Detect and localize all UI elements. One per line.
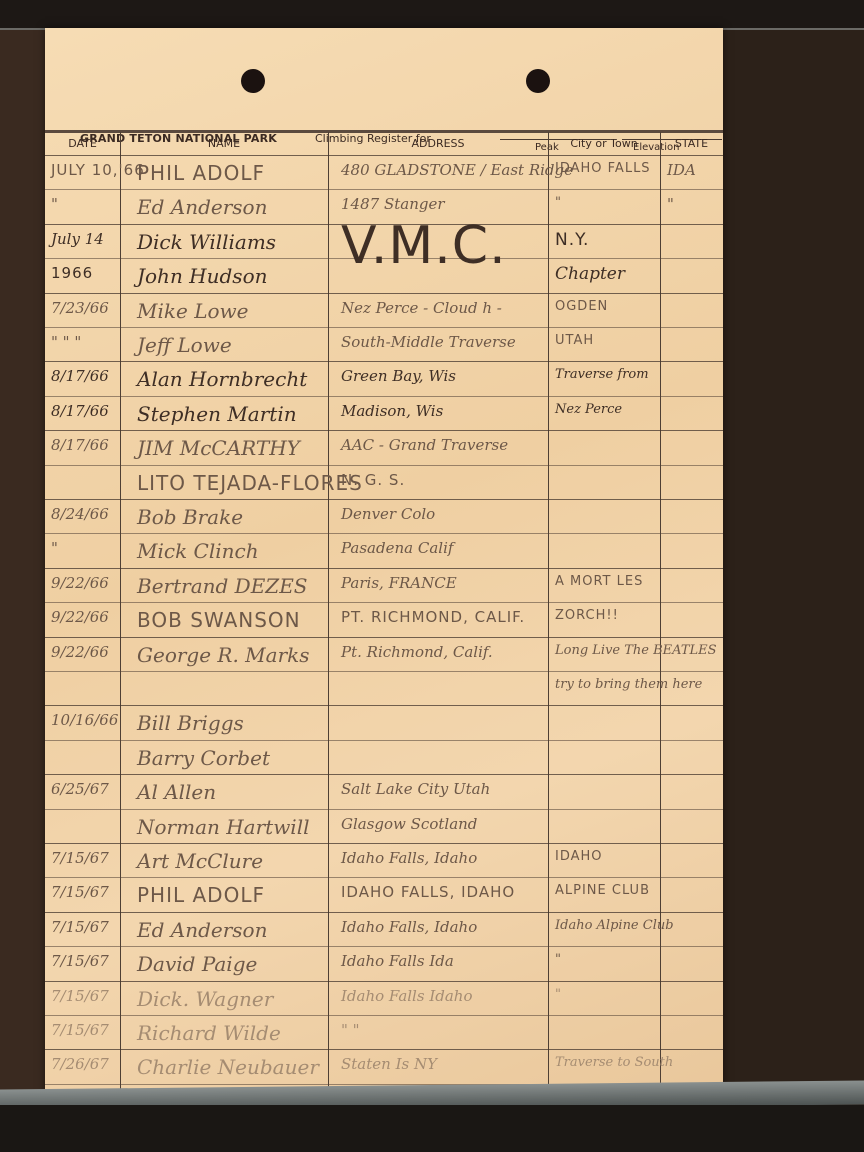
entry-city: try to bring them here <box>555 677 702 692</box>
entry-name: Alan Hornbrecht <box>137 367 307 391</box>
entry-address: Madison, Wis <box>341 402 443 420</box>
entry-date: 7/15/67 <box>51 987 109 1005</box>
entry-date: 1966 <box>51 264 93 282</box>
background-right <box>719 30 864 1110</box>
entry-city: A MORT LES <box>555 574 643 589</box>
row-rule <box>45 361 723 362</box>
entry-date: 7/15/67 <box>51 1021 109 1039</box>
entry-date: 9/22/66 <box>51 608 109 626</box>
entry-name: Art McClure <box>137 849 263 873</box>
entry-date: 7/26/67 <box>51 1055 109 1073</box>
entry-city: " <box>555 195 561 210</box>
table-top-rule <box>45 130 723 133</box>
entry-city: " <box>555 952 561 967</box>
entry-name: Ed Anderson <box>137 195 267 219</box>
column-divider <box>120 132 121 1106</box>
background-left <box>0 30 50 1110</box>
entry-name: George R. Marks <box>137 643 310 667</box>
entry-city: Traverse to South <box>555 1055 673 1070</box>
row-rule <box>45 155 723 156</box>
entry-name: PHIL ADOLF <box>137 883 265 907</box>
entry-name: Barry Corbet <box>137 746 270 770</box>
row-rule <box>45 912 723 913</box>
entry-name: Mick Clinch <box>137 539 259 563</box>
entry-name: LITO TEJADA-FLORES <box>137 471 363 495</box>
entry-address: Glasgow Scotland <box>341 815 477 833</box>
entry-city: ZORCH!! <box>555 608 619 623</box>
entry-date: 7/15/67 <box>51 883 109 901</box>
entry-address: Green Bay, Wis <box>341 367 456 385</box>
background-top <box>0 0 864 30</box>
entry-date: 7/15/67 <box>51 918 109 936</box>
entry-name: PHIL ADOLF <box>137 161 265 185</box>
entry-address: IDAHO FALLS, IDAHO <box>341 883 515 901</box>
entry-name: Jeff Lowe <box>137 333 232 357</box>
row-rule <box>45 740 723 741</box>
row-rule <box>45 671 723 672</box>
entry-address: Salt Lake City Utah <box>341 780 490 798</box>
entry-date: 8/24/66 <box>51 505 109 523</box>
column-divider <box>548 132 549 1106</box>
row-rule <box>45 877 723 878</box>
entry-date: JULY 10,'66 <box>51 161 145 179</box>
entry-city: IDAHO <box>555 849 603 864</box>
row-rule <box>45 568 723 569</box>
entry-name: Richard Wilde <box>137 1021 281 1045</box>
climbing-register-sheet: GRAND TETON NATIONAL PARK Climbing Regis… <box>45 28 723 1106</box>
entry-date: " <box>51 195 58 213</box>
entry-name: Dick. Wagner <box>137 987 273 1011</box>
entry-date: 9/22/66 <box>51 643 109 661</box>
row-rule <box>45 705 723 706</box>
entry-city: Nez Perce <box>555 402 622 417</box>
entry-address: Idaho Falls, Idaho <box>341 918 477 936</box>
entry-address: 480 GLADSTONE / East Ridge <box>341 161 573 179</box>
entry-name: BOB SWANSON <box>137 608 301 632</box>
entry-address: Staten Is NY <box>341 1055 437 1073</box>
entry-city: UTAH <box>555 333 594 348</box>
entry-address: Paris, FRANCE <box>341 574 457 592</box>
entry-name: Bob Brake <box>137 505 243 529</box>
entry-address: AAC - Grand Traverse <box>341 436 508 454</box>
entry-address: Idaho Falls Ida <box>341 952 454 970</box>
entry-address: PT. RICHMOND, CALIF. <box>341 608 525 626</box>
row-rule <box>45 293 723 294</box>
entry-date: 8/17/66 <box>51 402 109 420</box>
entry-address: Pt. Richmond, Calif. <box>341 643 493 661</box>
row-rule <box>45 1049 723 1050</box>
row-rule <box>45 533 723 534</box>
entry-name: David Paige <box>137 952 257 976</box>
entry-date: 6/25/67 <box>51 780 109 798</box>
entry-date: 8/17/66 <box>51 436 109 454</box>
entry-date: " <box>51 539 58 557</box>
entry-name: Charlie Neubauer <box>137 1055 319 1079</box>
entry-address: Nez Perce - Cloud h - <box>341 299 502 317</box>
entry-name: Dick Williams <box>137 230 276 254</box>
entry-address: N. G. S. <box>341 471 405 489</box>
row-rule <box>45 327 723 328</box>
entry-date: " " " <box>51 333 81 351</box>
entry-name: Ed Anderson <box>137 918 267 942</box>
row-rule <box>45 1015 723 1016</box>
row-rule <box>45 465 723 466</box>
entry-city: Chapter <box>555 264 625 284</box>
row-rule <box>45 189 723 190</box>
entry-city: IDAHO FALLS <box>555 161 651 176</box>
entry-address: 1487 Stanger <box>341 195 445 213</box>
column-header-state: STATE <box>660 137 723 150</box>
row-rule <box>45 602 723 603</box>
entry-name: Al Allen <box>137 780 216 804</box>
entry-name: Bertrand DEZES <box>137 574 308 598</box>
entry-date: 7/23/66 <box>51 299 109 317</box>
entry-city: ALPINE CLUB <box>555 883 650 898</box>
entry-name: JIM McCARTHY <box>137 436 300 460</box>
row-rule <box>45 809 723 810</box>
entry-city: N.Y. <box>555 230 589 250</box>
entry-address: Idaho Falls, Idaho <box>341 849 477 867</box>
entry-date: 9/22/66 <box>51 574 109 592</box>
row-rule <box>45 843 723 844</box>
column-header-date: DATE <box>45 137 120 150</box>
background-bottom <box>0 1105 864 1152</box>
entry-city: Idaho Alpine Club <box>555 918 674 933</box>
row-rule <box>45 946 723 947</box>
column-divider <box>660 132 661 1106</box>
entry-address: Idaho Falls Idaho <box>341 987 472 1005</box>
entry-name: Bill Briggs <box>137 711 244 735</box>
entry-state: IDA <box>667 161 696 179</box>
column-header-city: City or Town <box>548 137 660 150</box>
punch-hole <box>241 69 265 93</box>
entry-city: " <box>555 987 561 1002</box>
entry-date: 8/17/66 <box>51 367 109 385</box>
entry-name: Mike Lowe <box>137 299 248 323</box>
entry-address: V.M.C. <box>341 216 507 276</box>
row-rule <box>45 637 723 638</box>
entry-name: John Hudson <box>137 264 268 288</box>
entry-state: " <box>667 195 674 213</box>
entry-city: Traverse from <box>555 367 649 382</box>
punch-hole <box>526 69 550 93</box>
entry-date: July 14 <box>51 230 104 248</box>
entry-date: 10/16/66 <box>51 711 118 729</box>
row-rule <box>45 774 723 775</box>
entry-city: Long Live The BEATLES <box>555 643 717 658</box>
column-header-name: NAME <box>120 137 328 150</box>
entry-address: " " <box>341 1021 360 1039</box>
column-divider <box>328 132 329 1106</box>
entry-address: South-Middle Traverse <box>341 333 516 351</box>
entry-city: OGDEN <box>555 299 608 314</box>
entry-address: Pasadena Calif <box>341 539 453 557</box>
entry-date: 7/15/67 <box>51 952 109 970</box>
row-rule <box>45 430 723 431</box>
row-rule <box>45 499 723 500</box>
entry-date: 7/15/67 <box>51 849 109 867</box>
entry-name: Stephen Martin <box>137 402 297 426</box>
row-rule <box>45 981 723 982</box>
column-header-address: ADDRESS <box>328 137 548 150</box>
entry-name: Norman Hartwill <box>137 815 310 839</box>
row-rule <box>45 396 723 397</box>
entry-address: Denver Colo <box>341 505 435 523</box>
